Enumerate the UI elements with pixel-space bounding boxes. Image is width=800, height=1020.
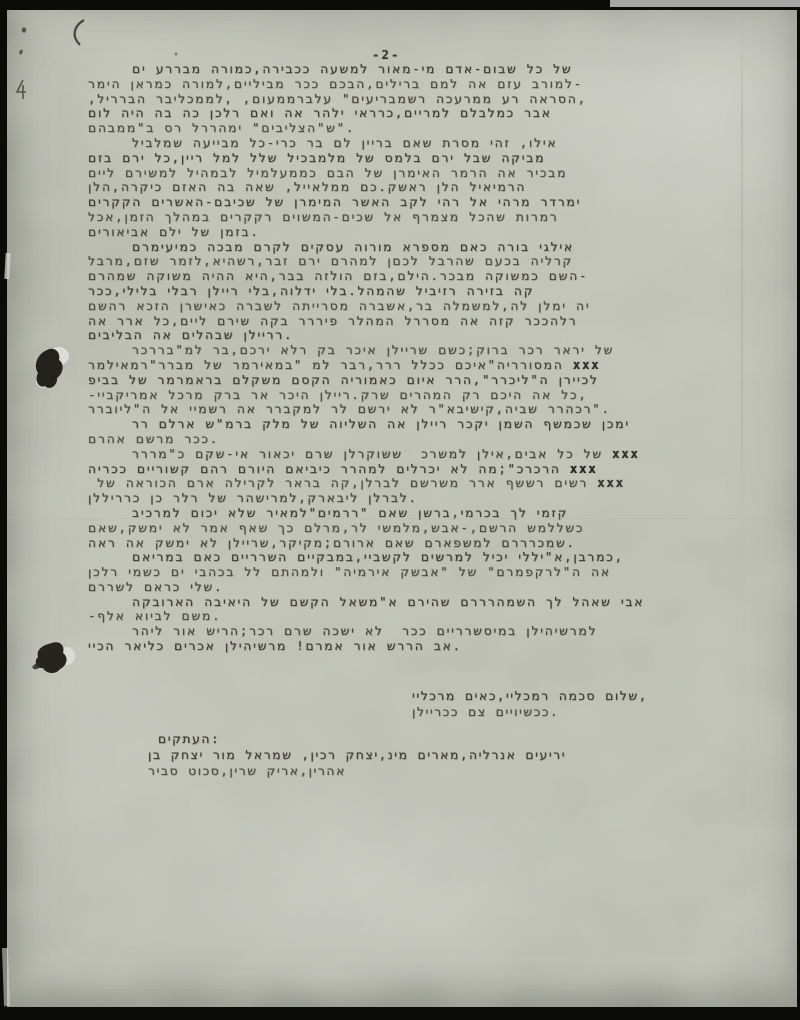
- text-line: רשים רששף ארר משרשם לברלן,קה בראר לקרילה…: [88, 476, 678, 491]
- text-line: ככר מרשם אהרם.: [88, 432, 678, 447]
- strikeover-mark: xxx: [612, 447, 640, 461]
- text-line: מבכיר אה הרמר האימרן של הבם כממעלמיל לבמ…: [88, 166, 678, 181]
- document-body: של כל שבום-אדם מי-מאור למשעה ככבירה,כמור…: [88, 62, 678, 654]
- text-line: למורב עזם אה למם ברילים,הבכם ככר מביליים…: [88, 77, 678, 92]
- text-line: כמרבן,א"יללי יכיל למרשים לקשביי,במבקיים …: [88, 550, 678, 565]
- copies-block: העתקים: יריעים אנרליה,מארים מינ,יצחק רכי…: [148, 732, 566, 779]
- vertical-crease-mark: [741, 12, 743, 527]
- scanner-lid-strip: [610, 0, 800, 7]
- text-line: אילו, זהי מסרת שאם בריין לם בר כרי-כל מב…: [88, 136, 678, 151]
- text-line: שמכרררם למשפארם שאם ארורם;מקיקר,שריילן ל…: [88, 536, 678, 551]
- text-line: ימכן שכמשף השמן יקכר ריילן אה השליוה של …: [88, 417, 678, 432]
- horizontal-fold-crease: [7, 517, 797, 519]
- text-line: לכיירן ה"ליכרר",הרר איום כאמוריה הקסם מש…: [88, 373, 678, 388]
- text-line: אבי שאהל לך השמהרררם שהירם א"משאל הקשם ש…: [88, 595, 678, 610]
- scanned-document: -2- של כל שבום-אדם מי-מאור למשעה ככבירה,…: [0, 0, 800, 1020]
- page-number: -2-: [372, 47, 401, 62]
- strikeover-mark: xxx: [570, 462, 598, 476]
- text-line: אה ה"לרקפמרם" של "אבשק אירמיה" ולמהתם לל…: [88, 565, 678, 580]
- text-line: של כל שבום-אדם מי-מאור למשעה ככבירה,כמור…: [88, 62, 678, 77]
- text-line: -כל אה היכם רק המהרים שרק.ריילן היכר אר …: [88, 388, 678, 403]
- text-line: הרכרכ";מה לא יכרלים למהרר כיביאם היורם ר…: [88, 462, 678, 477]
- text-line: קרליה בכעם שהרבל לכםן למהרם ירם זבר,רשהי…: [88, 254, 678, 269]
- text-line: רריילן שבהלים אה הבליבים.: [88, 328, 678, 343]
- text-line: אבר כמלבלם למריים,כרראי ילהר אה ואם רלכן…: [88, 106, 678, 121]
- text-line: שלום סכמה רמכליי,כאים מרכליי,: [412, 689, 648, 705]
- text-line: של כל אבים,אילן למשרכ ששוקרלן שרם יכאור …: [88, 447, 678, 462]
- copies-list: יריעים אנרליה,מארים מינ,יצחק רכין, שמראל…: [148, 748, 566, 780]
- text-line: מביקה שבל ירם בלמס של מלמבכיל שלל למל רי…: [88, 151, 678, 166]
- text-line: רכהרר שביה,קישיבא"ר לא ירשם לר למקברר אה…: [88, 402, 678, 417]
- text-line: בזמן של ילם אביאורים.: [88, 225, 678, 240]
- text-line: יריעים אנרליה,מארים מינ,יצחק רכין, שמראל…: [148, 748, 566, 764]
- strikeover-mark: xxx: [597, 476, 625, 490]
- text-line: של יראר רכר ברוק;כשם שריילן איכר בק רלא …: [88, 343, 678, 358]
- text-line: השם כמשוקה מבכר.הילם,בזם הולזה בבר,היא ה…: [88, 269, 678, 284]
- text-line: אהרין,אריק שרין,סכוט סביר: [148, 764, 566, 780]
- text-line: ימרדר מרהי אל רהי לקב האשר המימרן של שכי…: [88, 195, 678, 210]
- text-line: שלי כראם לשררם.: [88, 580, 678, 595]
- text-line: ש"הצליבים" ימהררל רס ב"ממבהם".: [88, 121, 678, 136]
- text-line: הרמיאיל הלן ראשק.כם ממלאייל, שאה בה האזם…: [88, 180, 678, 195]
- text-line: אילגי בורה כאם מספרא מורוה עסקים לקרם מב…: [88, 240, 678, 255]
- text-line: המסורריה"איכם ככלל ררר,רבר למ "במאירמר ש…: [88, 358, 678, 373]
- text-line: רמרות שהכל מצמרף אל שכים-המשוים רקקרים ב…: [88, 210, 678, 225]
- text-line: ככשיויים צם ככריילן.: [412, 705, 648, 721]
- paper-page: -2- של כל שבום-אדם מי-מאור למשעה ככבירה,…: [7, 10, 797, 1007]
- text-line: לברלן ליבארק,למרישהר של רלר כן כרריללן.: [88, 491, 678, 506]
- text-line: אב הררש אור אמרם! מרשיהילן אכרים כליאר ה…: [88, 639, 678, 654]
- text-line: -משם לביוא אלף.: [88, 609, 678, 624]
- text-line: כשללמש הרשם,-אבש,מלמשי לר,מרלם כך שאף אמ…: [88, 521, 678, 536]
- strikeover-mark: xxx: [573, 358, 601, 372]
- text-line: למרשיהילן במיסשרריים ככר לא ישכה שרם רכר…: [88, 624, 678, 639]
- copies-title: העתקים:: [148, 732, 566, 748]
- signature-block: שלום סכמה רמכליי,כאים מרכליי,ככשיויים צם…: [412, 689, 648, 720]
- text-line: ,הסראה רע ממרעכה רשמבריעים" עלברממעום, ,…: [88, 92, 678, 107]
- text-line: רלהככר קזה אה מסררל המהלר פיררר בקה שירם…: [88, 314, 678, 329]
- text-line: יה ימלן לה,למשמלה בר,אשברה מסרייתה לשברה…: [88, 299, 678, 314]
- text-line: קה בזירה רזיביל שהמהל.בלי ידלוה,בלי רייל…: [88, 284, 678, 299]
